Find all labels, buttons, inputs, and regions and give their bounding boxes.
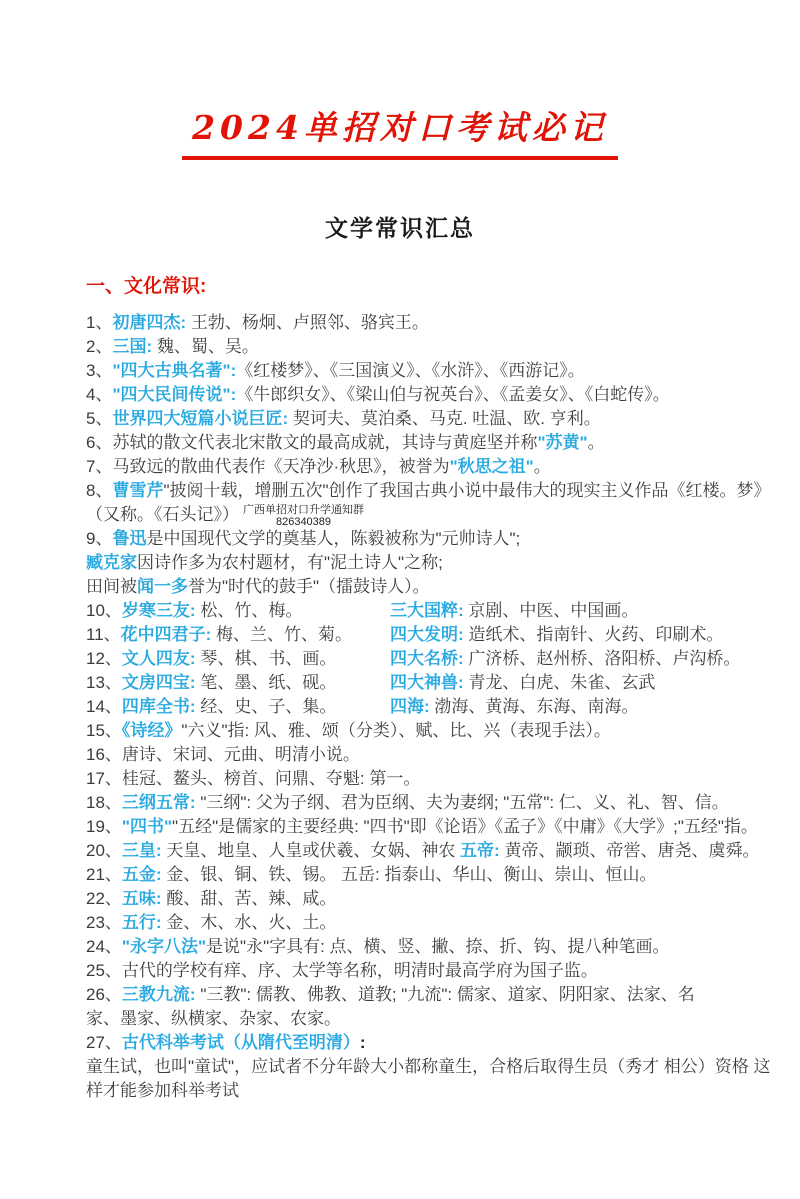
text-run: 因诗作多为农村题材，有"泥土诗人"之称; [137,553,443,572]
title-wrap: 2024单招对口考试必记 [0,0,800,160]
text-run: 童生试，也叫"童试"，应试者不分年龄大小都称童生，合格后取得生员（秀才 相公）资… [86,1057,771,1076]
text-run: 10、 [86,601,122,620]
text-run: 1、 [86,313,112,332]
text-run: 12、 [86,649,122,668]
line-right-column: 四大名桥: 广济桥、赵州桥、洛阳桥、卢沟桥。 [390,647,740,671]
content-line: 6、苏轼的散文代表北宋散文的最高成就，其诗与黄庭坚并称"苏黄"。 [86,431,800,455]
content-line: 样才能参加科举考试 [86,1079,800,1103]
text-run: "三教": 儒教、佛教、道教; "九流": 儒家、道家、阴阳家、法家、名 [196,985,695,1004]
text-run: 。 [588,433,605,452]
text-run: 5、 [86,409,112,428]
text-run: 王勃、杨炯、卢照邻、骆宾王。 [186,313,429,332]
text-run: 誉为"时代的鼓手"（擂鼓诗人）。 [188,577,430,596]
highlight-term: "四大民间传说": [112,385,236,404]
content-line: 1、初唐四杰: 王勃、杨炯、卢照邻、骆宾王。 [86,311,800,335]
text-run: 24、 [86,937,122,956]
watermark-line1: 广西单招对口升学通知群 [243,504,364,516]
highlight-term: 五味: [122,889,162,908]
content-line: 15、《诗经》"六义"指: 风、雅、颂（分类）、赋、比、兴（表现手法）。 [86,719,800,743]
content-line: 2、三国: 魏、蜀、吴。 [86,335,800,359]
text-run: 26、 [86,985,122,1004]
watermark: 广西单招对口升学通知群826340389 [243,504,364,528]
document-page: 2024单招对口考试必记 文学常识汇总 一、文化常识: 1、初唐四杰: 王勃、杨… [0,0,800,1103]
text-run: 契诃夫、莫泊桑、马克. 吐温、欧. 亨利。 [288,409,601,428]
text-run: 是中国现代文学的奠基人，陈毅被称为"元帅诗人"; [146,529,520,548]
content-line: 家、墨家、纵横家、杂家、农家。 [86,1007,800,1031]
text-run: 天皇、地皇、人皇或伏羲、女娲、神农 [162,841,460,860]
line-left-column: 13、文房四宝: 笔、墨、纸、砚。 [86,671,390,695]
line-left-column: 11、花中四君子: 梅、兰、竹、菊。 [86,623,390,647]
content-line: 童生试，也叫"童试"，应试者不分年龄大小都称童生，合格后取得生员（秀才 相公）资… [86,1055,800,1079]
highlight-term: 鲁迅 [112,529,146,548]
content-line: 27、古代科举考试（从隋代至明清）: [86,1031,800,1055]
text-run: 。 [534,457,551,476]
highlight-term: 初唐四杰: [112,313,186,332]
highlight-term: 臧克家 [86,553,137,572]
text-run: 酸、甜、苦、辣、咸。 [162,889,337,908]
content-line: 22、五味: 酸、甜、苦、辣、咸。 [86,887,800,911]
highlight-term: 岁寒三友: [122,601,196,620]
highlight-term: 四大名桥: [390,649,464,668]
content-line: 26、三教九流: "三教": 儒教、佛教、道教; "九流": 儒家、道家、阴阳家… [86,983,800,1007]
text-run: 4、 [86,385,112,404]
text-run: 造纸术、指南针、火药、印刷术。 [464,625,724,644]
text-run: 经、史、子、集。 [196,697,337,716]
highlight-term: 三国: [112,337,152,356]
highlight-term: 闻一多 [137,577,188,596]
content-line: 24、"永字八法"是说"永"字具有: 点、横、竖、撇、捺、折、钩、提八种笔画。 [86,935,800,959]
content-line: 14、四库全书: 经、史、子、集。四海: 渤海、黄海、东海、南海。 [86,695,800,719]
highlight-term: 文房四宝: [122,673,196,692]
text-run: 家、墨家、纵横家、杂家、农家。 [86,1009,341,1028]
text-run: 27、 [86,1033,122,1052]
content-line: 16、唐诗、宋词、元曲、明清小说。 [86,743,800,767]
text-run: 14、 [86,697,122,716]
highlight-term: "秋思之祖" [450,457,534,476]
content-lines: 1、初唐四杰: 王勃、杨炯、卢照邻、骆宾王。2、三国: 魏、蜀、吴。3、"四大古… [86,311,800,1103]
content-line: 9、鲁迅是中国现代文学的奠基人，陈毅被称为"元帅诗人"; [86,527,800,551]
watermark-line2: 826340389 [243,516,364,528]
text-run: 样才能参加科举考试 [86,1081,239,1100]
highlight-term: 三大国粹: [390,601,464,620]
highlight-term: "四书" [122,817,172,836]
text-run: （又称。《石头记》） [86,505,239,524]
line-right-column: 四大发明: 造纸术、指南针、火药、印刷术。 [390,623,723,647]
text-run: 6、苏轼的散文代表北宋散文的最高成就，其诗与黄庭坚并称 [86,433,537,452]
text-run: 11、 [86,625,121,644]
highlight-term: 四大发明: [390,625,464,644]
text-run: 23、 [86,913,122,932]
highlight-term: 三教九流: [122,985,196,1004]
text-run: 琴、棋、书、画。 [196,649,337,668]
highlight-term: "苏黄" [537,433,587,452]
content-line: 8、曹雪芹"披阅十载，增删五次"创作了我国古典小说中最伟大的现实主义作品《红楼。… [86,479,800,503]
page-title: 2024单招对口考试必记 [182,102,618,160]
line-left-column: 12、文人四友: 琴、棋、书、画。 [86,647,390,671]
text-run: 20、 [86,841,122,860]
content-line: 臧克家因诗作多为农村题材，有"泥土诗人"之称; [86,551,800,575]
line-right-column: 四海: 渤海、黄海、东海、南海。 [390,695,638,719]
text-run: 16、唐诗、宋词、元曲、明清小说。 [86,745,360,764]
section-heading: 一、文化常识: [86,271,800,298]
text-run: 《红楼梦》、《三国演义》、《水浒》、《西游记》。 [236,361,585,380]
text-run: 22、 [86,889,122,908]
text-run: 17、桂冠、鳌头、榜首、问鼎、夺魁: 第一。 [86,769,420,788]
text-run: 9、 [86,529,112,548]
text-run: 金、银、铜、铁、锡。 五岳: 指泰山、华山、衡山、崇山、恒山。 [162,865,657,884]
content-line: 23、五行: 金、木、水、火、土。 [86,911,800,935]
text-run: 魏、蜀、吴。 [152,337,259,356]
content-line: 5、世界四大短篇小说巨匠: 契诃夫、莫泊桑、马克. 吐温、欧. 亨利。 [86,407,800,431]
text-run: 京剧、中医、中国画。 [464,601,639,620]
text-run: 广济桥、赵州桥、洛阳桥、卢沟桥。 [464,649,741,668]
content-line: 25、古代的学校有痒、序、太学等名称，明清时最高学府为国子监。 [86,959,800,983]
text-run: : [360,1033,366,1052]
content-line: 13、文房四宝: 笔、墨、纸、砚。四大神兽: 青龙、白虎、朱雀、玄武 [86,671,800,695]
highlight-term: 三纲五常: [122,793,196,812]
content-line: 19、"四书""五经"是儒家的主要经典: "四书"即《论语》《孟子》《中庸》《大… [86,815,800,839]
highlight-term: 五帝: [460,841,500,860]
highlight-term: 世界四大短篇小说巨匠: [112,409,288,428]
content-line: 3、"四大古典名著":《红楼梦》、《三国演义》、《水浒》、《西游记》。 [86,359,800,383]
text-run: 金、木、水、火、土。 [162,913,337,932]
text-run: 渤海、黄海、东海、南海。 [430,697,639,716]
text-run: 梅、兰、竹、菊。 [211,625,352,644]
text-run: "三纲": 父为子纲、君为臣纲、夫为妻纲; "五常": 仁、义、礼、智、信。 [196,793,729,812]
content-line: 田间被闻一多誉为"时代的鼓手"（擂鼓诗人）。 [86,575,800,599]
content-line: 18、三纲五常: "三纲": 父为子纲、君为臣纲、夫为妻纲; "五常": 仁、义… [86,791,800,815]
text-run: 松、竹、梅。 [196,601,303,620]
content-line: 20、三皇: 天皇、地皇、人皇或伏羲、女娲、神农 五帝: 黄帝、颛琐、帝喾、唐尧… [86,839,800,863]
text-run: 是说"永"字具有: 点、横、竖、撇、捺、折、钩、提八种笔画。 [206,937,670,956]
text-run: "六义"指: 风、雅、颂（分类）、赋、比、兴（表现手法）。 [181,721,611,740]
text-run: 青龙、白虎、朱雀、玄武 [464,673,656,692]
line-left-column: 14、四库全书: 经、史、子、集。 [86,695,390,719]
text-run: 黄帝、颛琐、帝喾、唐尧、虞舜。 [500,841,760,860]
highlight-term: 五金: [122,865,162,884]
content-line: （又称。《石头记》）广西单招对口升学通知群826340389 [86,503,800,527]
text-run: 3、 [86,361,112,380]
highlight-term: "四大古典名著": [112,361,236,380]
text-run: "五经"是儒家的主要经典: "四书"即《论语》《孟子》《中庸》《大学》;"五经"… [172,817,758,836]
highlight-term: 花中四君子: [121,625,212,644]
content-line: 7、马致远的散曲代表作《天净沙·秋思》，被誉为"秋思之祖"。 [86,455,800,479]
text-run: 7、马致远的散曲代表作《天净沙·秋思》，被誉为 [86,457,450,476]
highlight-term: 曹雪芹 [112,481,163,500]
highlight-term: 五行: [122,913,162,932]
content-line: 17、桂冠、鳌头、榜首、问鼎、夺魁: 第一。 [86,767,800,791]
text-run: 《牛郎织女》、《梁山伯与祝英台》、《孟姜女》、《白蛇传》。 [236,385,670,404]
highlight-term: 四大神兽: [390,673,464,692]
line-right-column: 四大神兽: 青龙、白虎、朱雀、玄武 [390,671,655,695]
highlight-term: 《诗经》 [122,721,182,740]
content-line: 4、"四大民间传说":《牛郎织女》、《梁山伯与祝英台》、《孟姜女》、《白蛇传》。 [86,383,800,407]
highlight-term: 三皇: [122,841,162,860]
text-run: 21、 [86,865,122,884]
highlight-term: "永字八法" [122,937,206,956]
content-line: 21、五金: 金、银、铜、铁、锡。 五岳: 指泰山、华山、衡山、崇山、恒山。 [86,863,800,887]
line-left-column: 10、岁寒三友: 松、竹、梅。 [86,599,390,623]
highlight-term: 四库全书: [122,697,196,716]
text-run: 18、 [86,793,122,812]
text-run: 25、古代的学校有痒、序、太学等名称，明清时最高学府为国子监。 [86,961,598,980]
text-run: 2、 [86,337,112,356]
text-run: 19、 [86,817,122,836]
content-line: 11、花中四君子: 梅、兰、竹、菊。四大发明: 造纸术、指南针、火药、印刷术。 [86,623,800,647]
highlight-term: 四海: [390,697,430,716]
subtitle: 文学常识汇总 [0,210,800,243]
content-line: 10、岁寒三友: 松、竹、梅。三大国粹: 京剧、中医、中国画。 [86,599,800,623]
line-right-column: 三大国粹: 京剧、中医、中国画。 [390,599,638,623]
highlight-term: 文人四友: [122,649,196,668]
text-run: 笔、墨、纸、砚。 [196,673,337,692]
text-run: 15、 [86,721,122,740]
content-line: 12、文人四友: 琴、棋、书、画。四大名桥: 广济桥、赵州桥、洛阳桥、卢沟桥。 [86,647,800,671]
text-run: 8、 [86,481,112,500]
highlight-term: 古代科举考试（从隋代至明清） [122,1033,360,1052]
text-run: 田间被 [86,577,137,596]
text-run: "披阅十载，增删五次"创作了我国古典小说中最伟大的现实主义作品《红楼。梦》 [163,481,770,500]
text-run: 13、 [86,673,122,692]
